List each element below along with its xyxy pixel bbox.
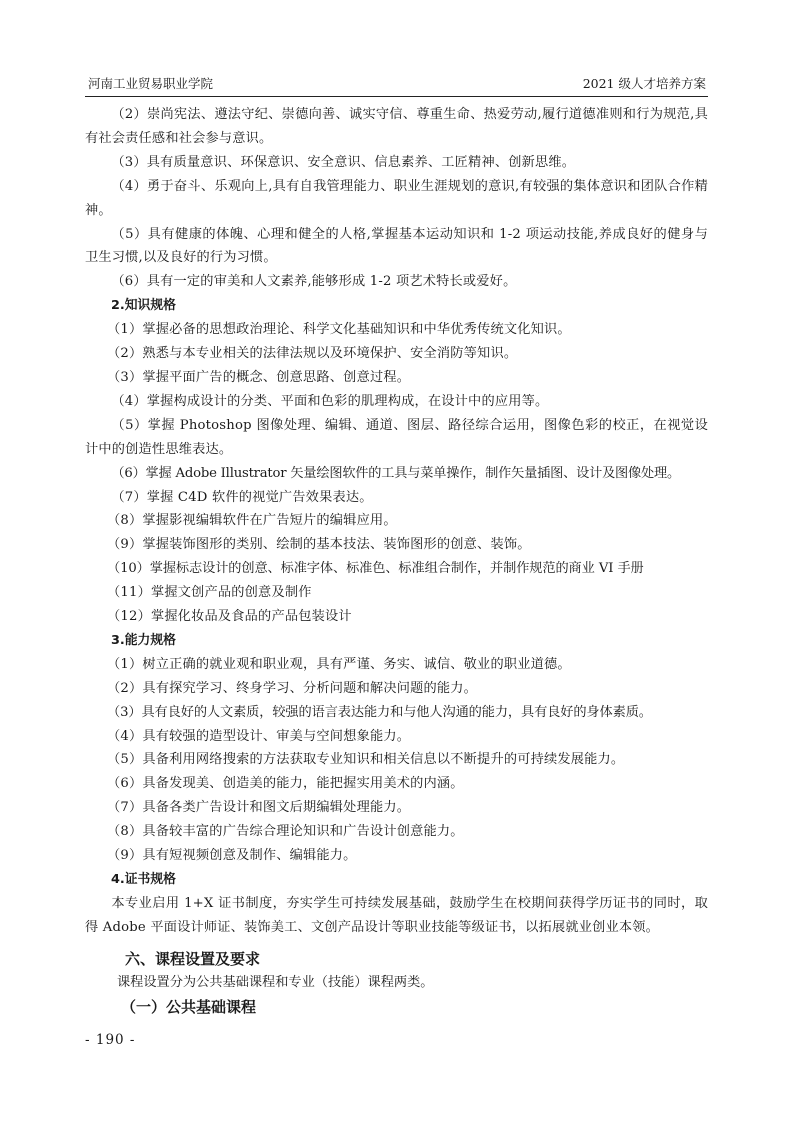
ability-item: （4）具有较强的造型设计、审美与空间想象能力。 [85,725,708,749]
knowledge-item: （2）熟悉与本专业相关的法律法规以及环境保护、安全消防等知识。 [85,342,708,366]
knowledge-item: （5）掌握 Photoshop 图像处理、编辑、通道、图层、路径综合运用，图像色… [85,414,708,462]
ability-item: （6）具备发现美、创造美的能力，能把握实用美术的内涵。 [85,772,708,796]
ability-item: （2）具有探究学习、终身学习、分析问题和解决问题的能力。 [85,677,708,701]
knowledge-item: （3）掌握平面广告的概念、创意思路、创意过程。 [85,366,708,390]
ability-item: （9）具有短视频创意及制作、编辑能力。 [85,844,708,868]
quality-item: （6）具有一定的审美和人文素养,能够形成 1-2 项艺术特长或爱好。 [85,270,708,294]
quality-item: （2）崇尚宪法、遵法守纪、崇德向善、诚实守信、尊重生命、热爱劳动,履行道德准则和… [85,103,708,151]
page-body: （2）崇尚宪法、遵法守纪、崇德向善、诚实守信、尊重生命、热爱劳动,履行道德准则和… [85,103,708,1020]
ability-item: （7）具备各类广告设计和图文后期编辑处理能力。 [85,796,708,820]
running-header: 河南工业贸易职业学院 2021 级人才培养方案 [85,74,708,97]
subsection-public-courses-title: （一）公共基础课程 [85,994,708,1020]
knowledge-item: （7）掌握 C4D 软件的视觉广告效果表达。 [85,486,708,510]
quality-item: （5）具有健康的体魄、心理和健全的人格,掌握基本运动知识和 1-2 项运动技能,… [85,223,708,271]
ability-item: （3）具有良好的人文素质，较强的语言表达能力和与他人沟通的能力，具有良好的身体素… [85,701,708,725]
knowledge-item: （6）掌握 Adobe Illustrator 矢量绘图软件的工具与菜单操作，制… [85,462,708,486]
knowledge-item: （8）掌握影视编辑软件在广告短片的编辑应用。 [85,509,708,533]
header-institution: 河南工业贸易职业学院 [88,74,213,94]
knowledge-item: （12）掌握化妆品及食品的产品包装设计 [85,605,708,629]
header-document-title: 2021 级人才培养方案 [583,74,706,94]
knowledge-item: （4）掌握构成设计的分类、平面和色彩的肌理构成，在设计中的应用等。 [85,390,708,414]
ability-item: （5）具备利用网络搜索的方法获取专业知识和相关信息以不断提升的可持续发展能力。 [85,748,708,772]
knowledge-item: （9）掌握装饰图形的类别、绘制的基本技法、装饰图形的创意、装饰。 [85,533,708,557]
ability-item: （8）具备较丰富的广告综合理论知识和广告设计创意能力。 [85,820,708,844]
knowledge-item: （1）掌握必备的思想政治理论、科学文化基础知识和中华优秀传统文化知识。 [85,318,708,342]
knowledge-spec-list: （1）掌握必备的思想政治理论、科学文化基础知识和中华优秀传统文化知识。 （2）熟… [85,318,708,629]
document-page: 河南工业贸易职业学院 2021 级人才培养方案 （2）崇尚宪法、遵法守纪、崇德向… [0,0,793,1122]
quality-item: （4）勇于奋斗、乐观向上,具有自我管理能力、职业生涯规划的意识,有较强的集体意识… [85,175,708,223]
ability-item: （1）树立正确的就业观和职业观，具有严谨、务实、诚信、敬业的职业道德。 [85,653,708,677]
quality-spec-list: （2）崇尚宪法、遵法守纪、崇德向善、诚实守信、尊重生命、热爱劳动,履行道德准则和… [85,103,708,294]
section-6-intro: 课程设置分为公共基础课程和专业（技能）课程两类。 [85,972,708,994]
page-number: - 190 - [85,1032,135,1048]
knowledge-item: （10）掌握标志设计的创意、标准字体、标准色、标准组合制作，并制作规范的商业 V… [85,557,708,581]
knowledge-heading: 2.知识规格 [85,294,708,318]
certificate-text: 本专业启用 1+X 证书制度，夯实学生可持续发展基础，鼓励学生在校期间获得学历证… [85,892,708,940]
section-6-title: 六、课程设置及要求 [85,946,708,972]
knowledge-item: （11）掌握文创产品的创意及制作 [85,581,708,605]
certificate-heading: 4.证书规格 [85,868,708,892]
ability-spec-list: （1）树立正确的就业观和职业观，具有严谨、务实、诚信、敬业的职业道德。 （2）具… [85,653,708,868]
ability-heading: 3.能力规格 [85,629,708,653]
quality-item: （3）具有质量意识、环保意识、安全意识、信息素养、工匠精神、创新思维。 [85,151,708,175]
